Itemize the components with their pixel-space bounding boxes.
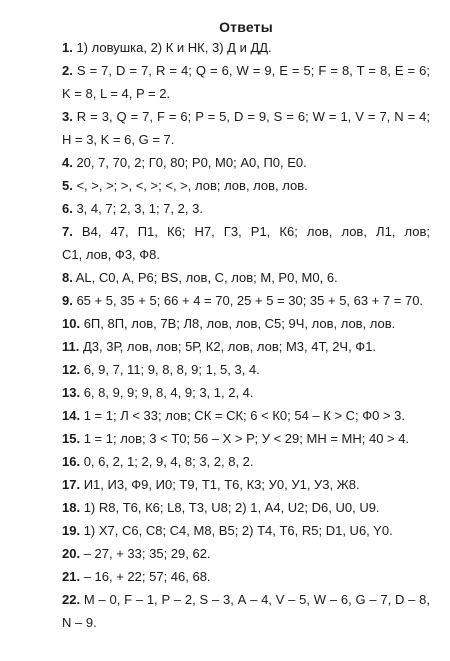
answer-line-first: 15. 1 = 1; лов; 3 < Т0; 56 – Х > Р; У < … — [62, 427, 430, 450]
answer-line-first: 12. 6, 9, 7, 11; 9, 8, 8, 9; 1, 5, 3, 4. — [62, 358, 430, 381]
answer-line-first: 14. 1 = 1; Л < 33; лов; СК = СК; 6 < К0;… — [62, 404, 430, 427]
answer-number: 20. — [62, 546, 80, 561]
answer-line-first: 9. 65 + 5, 35 + 5; 66 + 4 = 70, 25 + 5 =… — [62, 289, 430, 312]
answer-line-continuation: N – 9. — [62, 611, 430, 634]
answer-line-first: 3. R = 3, Q = 7, F = 6; P = 5, D = 9, S … — [62, 105, 430, 128]
answer-item-7: 7. В4, 47, П1, К6; Н7, Г3, Р1, К6; лов, … — [62, 220, 430, 266]
answer-number: 11. — [62, 339, 79, 354]
answer-line-first: 13. 6, 8, 9, 9; 9, 8, 4, 9; 3, 1, 2, 4. — [62, 381, 430, 404]
answers-list: 1. 1) ловушка, 2) К и НК, 3) Д и ДД.2. S… — [62, 36, 430, 634]
document-page: Ответы 1. 1) ловушка, 2) К и НК, 3) Д и … — [0, 0, 450, 661]
answer-item-15: 15. 1 = 1; лов; 3 < Т0; 56 – Х > Р; У < … — [62, 427, 430, 450]
answer-item-13: 13. 6, 8, 9, 9; 9, 8, 4, 9; 3, 1, 2, 4. — [62, 381, 430, 404]
answer-line-continuation: С1, лов, Ф3, Ф8. — [62, 243, 430, 266]
answer-line-first: 11. Д3, 3Р, лов, лов; 5Р, К2, лов, лов; … — [62, 335, 430, 358]
answer-line-first: 18. 1) R8, Т6, К6; L8, Т3, U8; 2) 1, А4,… — [62, 496, 430, 519]
answer-line-continuation: H = 3, K = 6, G = 7. — [62, 128, 430, 151]
answer-item-12: 12. 6, 9, 7, 11; 9, 8, 8, 9; 1, 5, 3, 4. — [62, 358, 430, 381]
answer-item-22: 22. М – 0, F – 1, Р – 2, S – 3, А – 4, V… — [62, 588, 430, 634]
answer-line-first: 22. М – 0, F – 1, Р – 2, S – 3, А – 4, V… — [62, 588, 430, 611]
answer-number: 14. — [62, 408, 80, 423]
answer-number: 9. — [62, 293, 73, 308]
answer-line-first: 17. И1, И3, Ф9, И0; Т9, Т1, Т6, К3; У0, … — [62, 473, 430, 496]
answer-number: 5. — [62, 178, 73, 193]
answer-number: 18. — [62, 500, 80, 515]
answer-line-first: 8. AL, C0, A, P6; BS, лов, C, лов; M, P0… — [62, 266, 430, 289]
answer-line-first: 19. 1) Х7, С6, С8; С4, М8, В5; 2) Т4, Т6… — [62, 519, 430, 542]
answer-number: 15. — [62, 431, 80, 446]
answer-number: 7. — [62, 224, 73, 239]
answer-number: 4. — [62, 155, 73, 170]
answer-number: 3. — [62, 109, 73, 124]
answer-number: 16. — [62, 454, 80, 469]
answer-line-first: 10. 6П, 8П, лов, 7В; Л8, лов, лов, С5; 9… — [62, 312, 430, 335]
answer-number: 10. — [62, 316, 80, 331]
answer-item-10: 10. 6П, 8П, лов, 7В; Л8, лов, лов, С5; 9… — [62, 312, 430, 335]
answer-item-8: 8. AL, C0, A, P6; BS, лов, C, лов; M, P0… — [62, 266, 430, 289]
answer-line-first: 7. В4, 47, П1, К6; Н7, Г3, Р1, К6; лов, … — [62, 220, 430, 243]
answer-number: 21. — [62, 569, 80, 584]
answer-item-14: 14. 1 = 1; Л < 33; лов; СК = СК; 6 < К0;… — [62, 404, 430, 427]
answer-item-6: 6. 3, 4, 7; 2, 3, 1; 7, 2, 3. — [62, 197, 430, 220]
answer-item-1: 1. 1) ловушка, 2) К и НК, 3) Д и ДД. — [62, 36, 430, 59]
answer-item-3: 3. R = 3, Q = 7, F = 6; P = 5, D = 9, S … — [62, 105, 430, 151]
answer-line-first: 20. – 27, + 33; 35; 29, 62. — [62, 542, 430, 565]
answer-number: 17. — [62, 477, 80, 492]
answer-item-9: 9. 65 + 5, 35 + 5; 66 + 4 = 70, 25 + 5 =… — [62, 289, 430, 312]
answer-line-continuation: K = 8, L = 4, P = 2. — [62, 82, 430, 105]
answer-item-2: 2. S = 7, D = 7, R = 4; Q = 6, W = 9, E … — [62, 59, 430, 105]
answer-line-first: 21. – 16, + 22; 57; 46, 68. — [62, 565, 430, 588]
answer-number: 12. — [62, 362, 80, 377]
answer-line-first: 2. S = 7, D = 7, R = 4; Q = 6, W = 9, E … — [62, 59, 430, 82]
answer-item-20: 20. – 27, + 33; 35; 29, 62. — [62, 542, 430, 565]
answer-number: 22. — [62, 592, 80, 607]
answer-line-first: 6. 3, 4, 7; 2, 3, 1; 7, 2, 3. — [62, 197, 430, 220]
answer-number: 6. — [62, 201, 73, 216]
answer-item-17: 17. И1, И3, Ф9, И0; Т9, Т1, Т6, К3; У0, … — [62, 473, 430, 496]
answer-line-first: 1. 1) ловушка, 2) К и НК, 3) Д и ДД. — [62, 36, 430, 59]
answer-item-5: 5. <, >, >; >, <, >; <, >, лов; лов, лов… — [62, 174, 430, 197]
answer-number: 13. — [62, 385, 80, 400]
answer-number: 19. — [62, 523, 80, 538]
answer-line-first: 5. <, >, >; >, <, >; <, >, лов; лов, лов… — [62, 174, 430, 197]
answer-item-21: 21. – 16, + 22; 57; 46, 68. — [62, 565, 430, 588]
answer-item-16: 16. 0, 6, 2, 1; 2, 9, 4, 8; 3, 2, 8, 2. — [62, 450, 430, 473]
answer-line-first: 4. 20, 7, 70, 2; Г0, 80; Р0, М0; А0, П0,… — [62, 151, 430, 174]
answer-item-19: 19. 1) Х7, С6, С8; С4, М8, В5; 2) Т4, Т6… — [62, 519, 430, 542]
answer-item-18: 18. 1) R8, Т6, К6; L8, Т3, U8; 2) 1, А4,… — [62, 496, 430, 519]
answer-item-4: 4. 20, 7, 70, 2; Г0, 80; Р0, М0; А0, П0,… — [62, 151, 430, 174]
answer-number: 1. — [62, 40, 73, 55]
answer-number: 2. — [62, 63, 73, 78]
answer-item-11: 11. Д3, 3Р, лов, лов; 5Р, К2, лов, лов; … — [62, 335, 430, 358]
answer-line-first: 16. 0, 6, 2, 1; 2, 9, 4, 8; 3, 2, 8, 2. — [62, 450, 430, 473]
page-title: Ответы — [62, 16, 430, 38]
answers-content: Ответы 1. 1) ловушка, 2) К и НК, 3) Д и … — [62, 16, 430, 634]
answer-number: 8. — [62, 270, 73, 285]
